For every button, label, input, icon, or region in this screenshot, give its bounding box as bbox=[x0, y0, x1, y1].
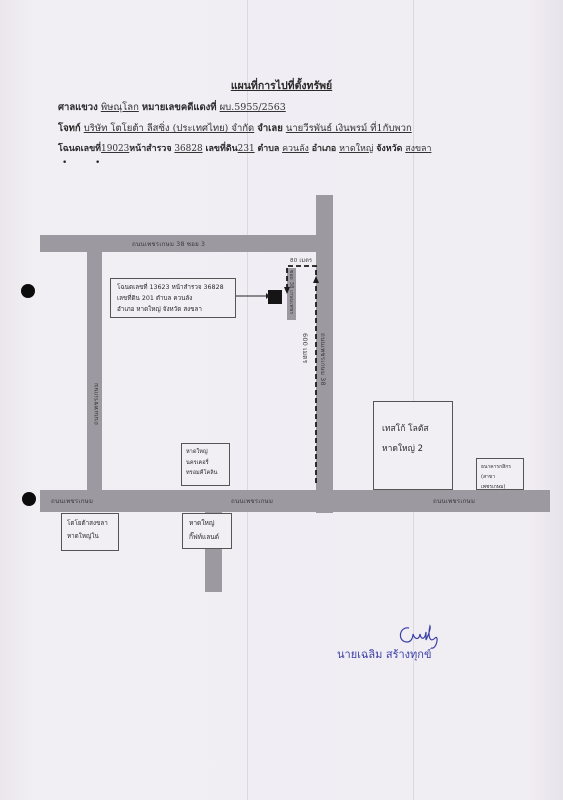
road-label-soi: ซอย 38 เกษมเพชร bbox=[287, 270, 295, 314]
road-label-left-vertical: ถนนเพชรเกษม bbox=[91, 383, 101, 425]
court-line: ศาลแขวง พิษณุโลก หมายเลขคดีแดงที่ ผบ.595… bbox=[58, 100, 286, 115]
page-title: แผนที่การไปที่ตั้งทรัพย์ bbox=[0, 77, 563, 94]
landmark-toyota: โตโยต้าสงขลา หาดใหญ่ใน bbox=[61, 513, 119, 551]
signature-name: นายเฉลิม สร้างทุกข์ bbox=[337, 645, 431, 663]
parties-line: โจทก์ บริษัท โตโยต้า ลีสซิ่ง (ประเทศไทย)… bbox=[58, 121, 412, 136]
dot-mark: • bbox=[62, 158, 67, 168]
landmark-bank: ธนาคารกสิกร (สาขาเพชรเกษม) bbox=[476, 458, 524, 490]
distance-short: 80 เมตร bbox=[290, 257, 312, 265]
distance-long: 600 เมตร bbox=[300, 333, 310, 363]
road-label-bottom-middle: ถนนเพชรเกษม bbox=[231, 496, 273, 506]
landmark-hatyai-market: หาดใหญ่ นครเคอรี่ ทรอมคีโคลิน bbox=[181, 443, 230, 486]
property-line: เลขที่ดิน 201 ตำบล ควนลัง bbox=[117, 293, 229, 304]
road-label-bottom-right: ถนนเพชรเกษม bbox=[433, 496, 475, 506]
property-info-box: โฉนดเลขที่ 13623 หน้าสำรวจ 36828 เลขที่ด… bbox=[110, 278, 236, 318]
document-page bbox=[0, 0, 563, 800]
road-label-bottom-left: ถนนเพชรเกษม bbox=[51, 496, 93, 506]
road-label-right-vertical: ถนนเพชรเกษม 38 bbox=[318, 333, 328, 386]
road-label-top: ถนนเพชรเกษม 38 ซอย 3 bbox=[132, 239, 205, 249]
fold-line bbox=[247, 0, 248, 800]
property-line: อำเภอ หาดใหญ่ จังหวัด สงขลา bbox=[117, 304, 229, 315]
road-left-vertical bbox=[87, 252, 102, 492]
punch-hole bbox=[22, 492, 36, 506]
punch-hole bbox=[21, 284, 35, 298]
dot-mark: • bbox=[95, 158, 100, 168]
property-marker-icon bbox=[268, 290, 282, 304]
property-line: โฉนดเลขที่ 13623 หน้าสำรวจ 36828 bbox=[117, 282, 229, 293]
deed-line: โฉนดเลขที่19023หน้าสำรวจ 36828 เลขที่ดิน… bbox=[58, 141, 431, 155]
landmark-giftland: หาดใหญ่ กิ๊ฟท์แลนด์ bbox=[182, 513, 232, 549]
landmark-tesco: เทสโก้ โลตัส หาดใหญ่ 2 bbox=[373, 401, 453, 490]
fold-line bbox=[413, 0, 414, 800]
